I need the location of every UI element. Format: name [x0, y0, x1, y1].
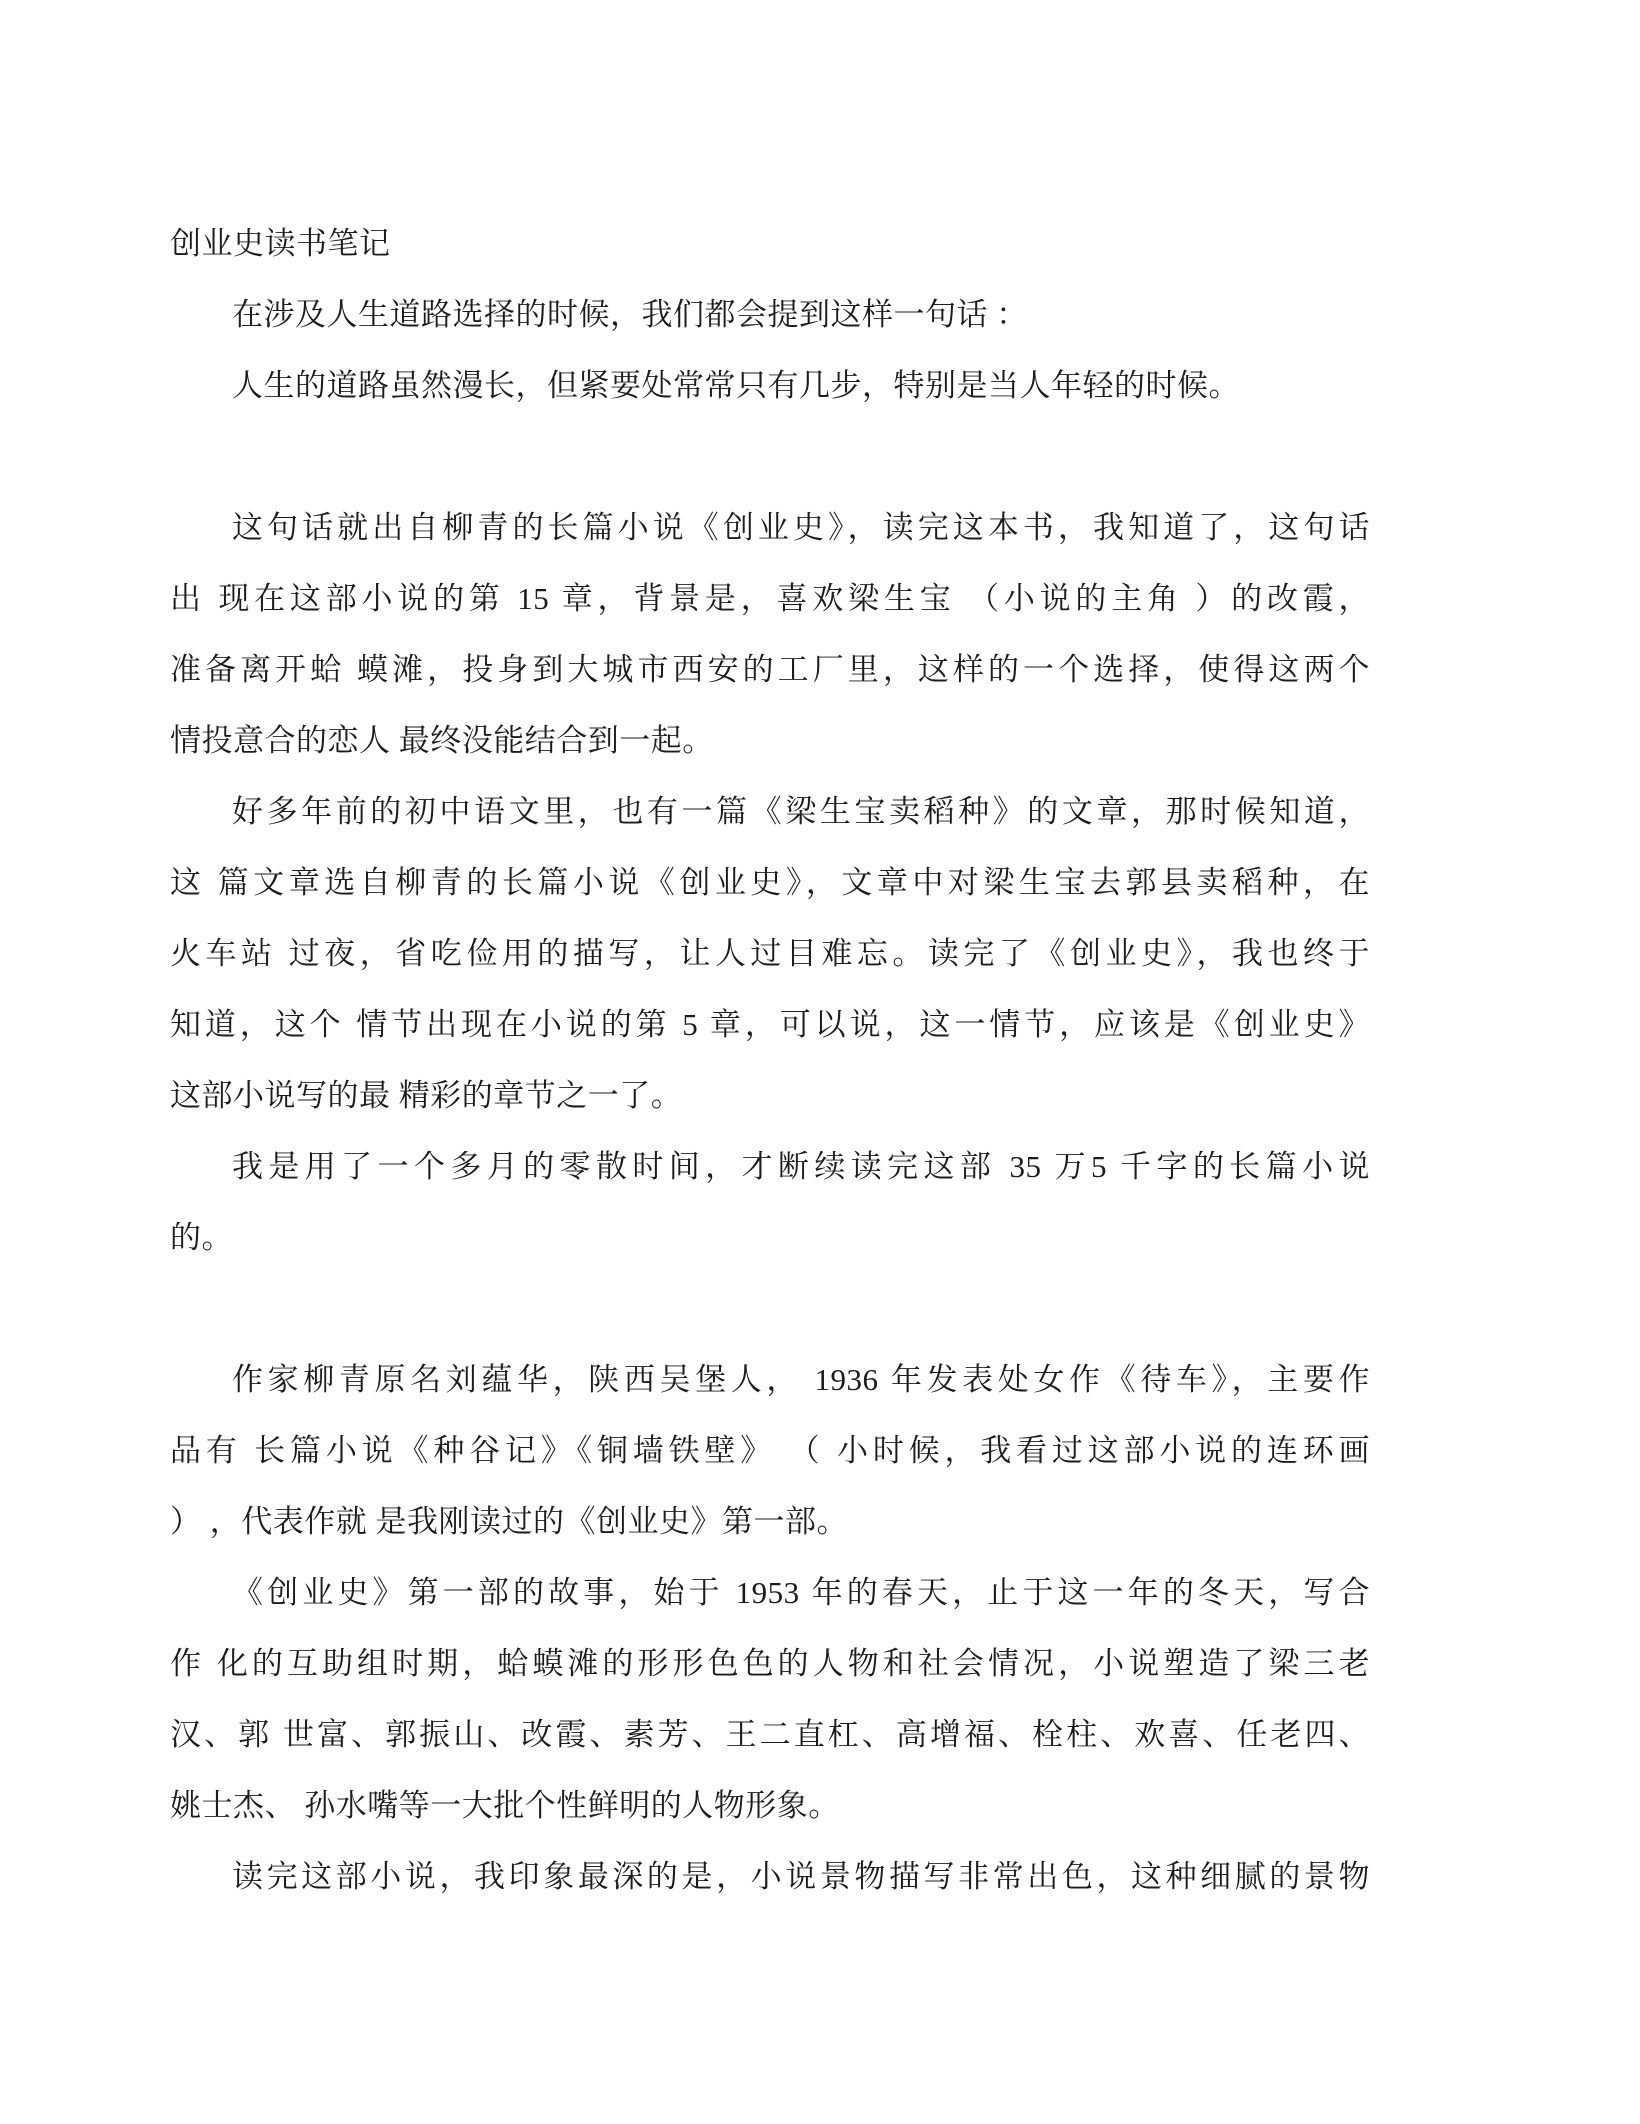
text-line: 汉、郭 世富、郭振山、改霞、素芳、王二直杠、高增福、栓柱、欢喜、任老四、	[170, 1699, 1370, 1770]
blank-line	[170, 421, 1370, 492]
text-line: 品有 长篇小说《种谷记》《铜墙铁壁》 （ 小时候，我看过这部小说的连环画	[170, 1415, 1370, 1486]
text-line: 作家柳青原名刘蕴华，陕西吴堡人， 1936 年发表处女作《待车》，主要作	[170, 1344, 1370, 1415]
text-line: 知道，这个 情节出现在小说的第 5 章，可以说，这一情节，应该是《创业史》	[170, 989, 1370, 1060]
document-body: 在涉及人生道路选择的时候，我们都会提到这样一句话 ：人生的道路虽然漫长，但紧要处…	[170, 279, 1370, 1912]
text-line: 姚士杰、 孙水嘴等一大批个性鲜明的人物形象。	[170, 1770, 1370, 1841]
text-line: 作 化的互助组时期，蛤蟆滩的形形色色的人物和社会情况，小说塑造了梁三老	[170, 1628, 1370, 1699]
text-line: ） ，代表作就 是我刚读过的《创业史》第一部。	[170, 1486, 1370, 1557]
text-line: 读完这部小说，我印象最深的是，小说景物描写非常出色，这种细腻的景物	[170, 1841, 1370, 1912]
text-line: 我是用了一个多月的零散时间，才断续读完这部 35 万5 千字的长篇小说	[170, 1131, 1370, 1202]
text-line: 火车站 过夜，省吃俭用的描写，让人过目难忘。读完了《创业史》，我也终于	[170, 918, 1370, 989]
text-line: 《创业史》第一部的故事，始于 1953 年的春天，止于这一年的冬天，写合	[170, 1557, 1370, 1628]
text-line: 的。	[170, 1202, 1370, 1273]
text-line: 准备离开蛤 蟆滩，投身到大城市西安的工厂里，这样的一个选择，使得这两个	[170, 634, 1370, 705]
text-line: 好多年前的初中语文里，也有一篇《梁生宝卖稻种》的文章，那时候知道，	[170, 776, 1370, 847]
document-content: 创业史读书笔记 在涉及人生道路选择的时候，我们都会提到这样一句话 ：人生的道路虽…	[170, 208, 1370, 1912]
text-line: 这部小说写的最 精彩的章节之一了。	[170, 1060, 1370, 1131]
text-line: 出 现在这部小说的第 15 章，背景是，喜欢梁生宝 （小说的主角 ）的改霞，	[170, 563, 1370, 634]
document-title: 创业史读书笔记	[170, 208, 1370, 279]
blank-line	[170, 1273, 1370, 1344]
text-line: 这 篇文章选自柳青的长篇小说《创业史》，文章中对梁生宝去郭县卖稻种，在	[170, 847, 1370, 918]
text-line: 在涉及人生道路选择的时候，我们都会提到这样一句话 ：	[170, 279, 1370, 350]
text-line: 情投意合的恋人 最终没能结合到一起。	[170, 705, 1370, 776]
text-line: 人生的道路虽然漫长，但紧要处常常只有几步，特别是当人年轻的时候。	[170, 350, 1370, 421]
document-page: 创业史读书笔记 在涉及人生道路选择的时候，我们都会提到这样一句话 ：人生的道路虽…	[0, 0, 1640, 2124]
text-line: 这句话就出自柳青的长篇小说《创业史》，读完这本书，我知道了，这句话	[170, 492, 1370, 563]
